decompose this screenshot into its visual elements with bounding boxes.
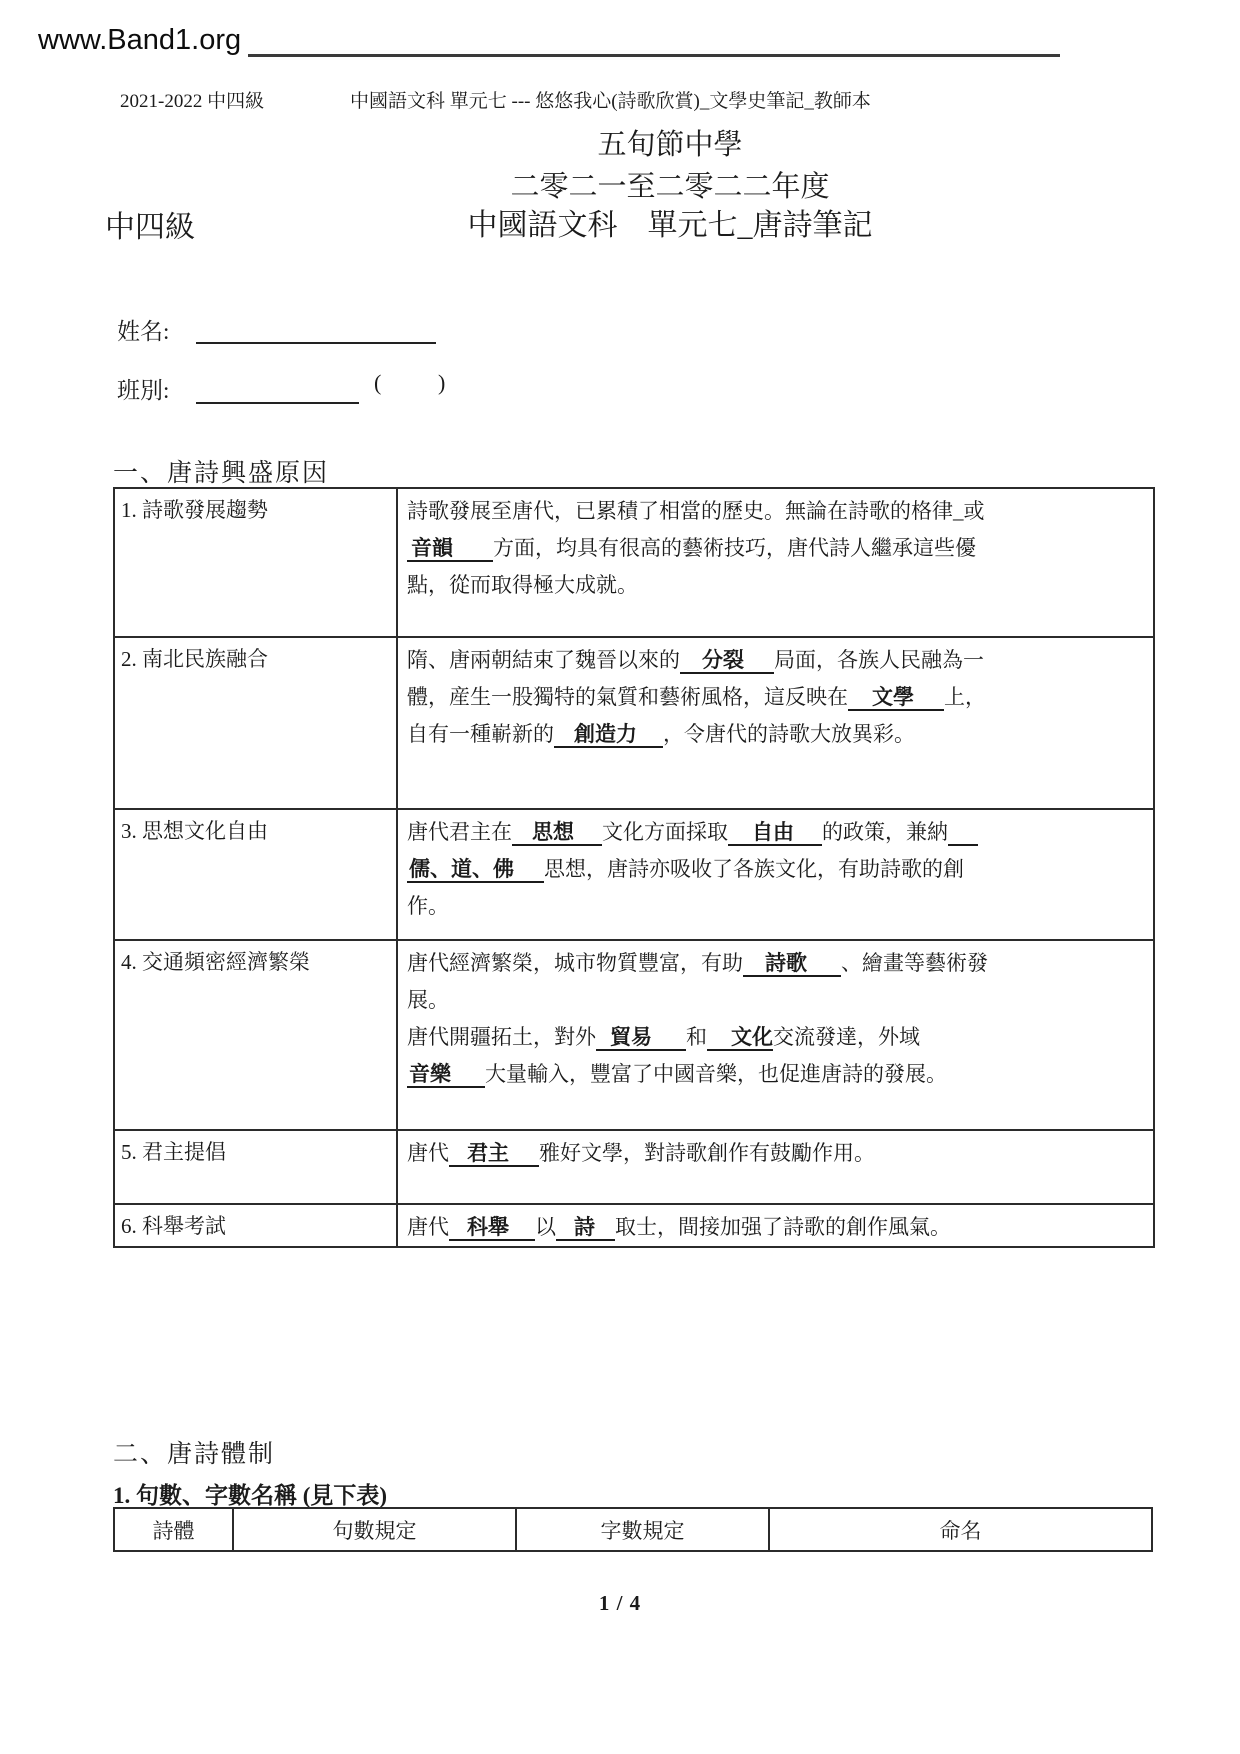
- content-text: 和: [686, 1025, 707, 1049]
- header-rule: [248, 54, 1060, 57]
- reason-row: 2. 南北民族融合隋、唐兩朝結束了魏晉以來的分裂局面，各族人民融為一體，産生一股…: [114, 637, 1154, 809]
- answer-blank: 音樂: [407, 1062, 485, 1088]
- reason-content: 唐代科舉以詩取士，間接加强了詩歌的創作風氣。: [397, 1204, 1154, 1247]
- reasons-table-body: 1. 詩歌發展趨勢詩歌發展至唐代，已累積了相當的歷史。無論在詩歌的格律_或音韻方…: [114, 488, 1154, 1247]
- page-number: 1 / 4: [0, 1591, 1240, 1616]
- answer-blank: 君主: [449, 1141, 539, 1167]
- reason-row: 6. 科舉考試唐代科舉以詩取士，間接加强了詩歌的創作風氣。: [114, 1204, 1154, 1247]
- content-text: 、繪畫等藝術發: [841, 951, 988, 975]
- reason-content: 唐代君主在思想文化方面採取自由的政策，兼納儒、道、佛思想，唐詩亦吸收了各族文化，…: [397, 809, 1154, 940]
- content-text: 思想，唐詩亦吸收了各族文化，有助詩歌的創: [544, 857, 964, 881]
- content-text: 體，産生一股獨特的氣質和藝術風格，這反映在: [407, 685, 848, 709]
- poem-form-column-header: 詩體: [114, 1508, 233, 1551]
- section1-heading: 一、唐詩興盛原因: [113, 453, 329, 489]
- content-text: 文化方面採取: [602, 820, 728, 844]
- answer-blank: 思想: [512, 820, 602, 846]
- answer-blank: 自由: [728, 820, 822, 846]
- document-title: 中國語文科 單元七_唐詩筆記: [150, 200, 1190, 244]
- content-text: 唐代: [407, 1215, 449, 1239]
- poem-form-column-header: 句數規定: [233, 1508, 516, 1551]
- content-text: ，令唐代的詩歌大放異彩。: [663, 722, 915, 746]
- content-text: 取士，間接加强了詩歌的創作風氣。: [615, 1215, 951, 1239]
- academic-year: 二零二一至二零二二年度: [150, 164, 1190, 205]
- class-label: 班別:: [117, 372, 169, 405]
- content-text: 詩歌發展至唐代，已累積了相當的歷史。無論在詩歌的格律_或: [407, 499, 985, 523]
- poem-form-table: 詩體句數規定字數規定命名: [113, 1507, 1153, 1552]
- content-text: 唐代經濟繁榮，城市物質豐富，有助: [407, 951, 743, 975]
- content-text: 作。: [407, 894, 449, 918]
- poem-form-column-header: 命名: [769, 1508, 1152, 1551]
- reason-content: 唐代君主雅好文學，對詩歌創作有鼓勵作用。: [397, 1130, 1154, 1204]
- school-name: 五旬節中學: [150, 122, 1190, 163]
- class-number-paren-open: (: [374, 370, 381, 396]
- reason-label: 5. 君主提倡: [114, 1130, 397, 1204]
- answer-blank: 創造力: [554, 722, 663, 748]
- brand-link[interactable]: www.Band1.org: [38, 24, 241, 57]
- section2-subheading: 1. 句數、字數名稱 (見下表): [113, 1477, 387, 1510]
- answer-blank: 文化: [707, 1025, 773, 1051]
- reason-content: 詩歌發展至唐代，已累積了相當的歷史。無論在詩歌的格律_或音韻方面，均具有很高的藝…: [397, 488, 1154, 637]
- worksheet-page: www.Band1.org 2021-2022 中四級 中國語文科 單元七 --…: [0, 0, 1240, 1754]
- content-text: 隋、唐兩朝結束了魏晉以來的: [407, 648, 680, 672]
- content-text: 唐代君主在: [407, 820, 512, 844]
- answer-blank: 音韻: [407, 536, 493, 562]
- answer-blank: 分裂: [680, 648, 774, 674]
- content-text: 局面，各族人民融為一: [774, 648, 984, 672]
- poem-form-header-row: 詩體句數規定字數規定命名: [114, 1508, 1152, 1551]
- content-text: 以: [535, 1215, 556, 1239]
- answer-blank: 儒、道、佛: [407, 857, 544, 883]
- content-text: 方面，均具有很高的藝術技巧，唐代詩人繼承這些優: [493, 536, 976, 560]
- content-text: 展。: [407, 988, 449, 1012]
- content-text: 唐代開疆拓土，對外: [407, 1025, 596, 1049]
- reason-row: 3. 思想文化自由唐代君主在思想文化方面採取自由的政策，兼納儒、道、佛思想，唐詩…: [114, 809, 1154, 940]
- reason-label: 1. 詩歌發展趨勢: [114, 488, 397, 637]
- content-text: 交流發達，外域: [773, 1025, 920, 1049]
- class-blank-line: [196, 378, 359, 404]
- answer-blank: 詩: [556, 1215, 615, 1241]
- content-text: 大量輸入，豐富了中國音樂，也促進唐詩的發展。: [485, 1062, 947, 1086]
- reason-row: 4. 交通頻密經濟繁榮唐代經濟繁榮，城市物質豐富，有助詩歌、繪畫等藝術發展。唐代…: [114, 940, 1154, 1130]
- reasons-table: 1. 詩歌發展趨勢詩歌發展至唐代，已累積了相當的歷史。無論在詩歌的格律_或音韻方…: [113, 487, 1155, 1248]
- content-text: 的政策，兼納: [822, 820, 948, 844]
- answer-blank: 詩歌: [743, 951, 841, 977]
- reason-label: 3. 思想文化自由: [114, 809, 397, 940]
- meta-year-grade: 2021-2022 中四級: [120, 86, 264, 113]
- answer-blank: [948, 820, 978, 846]
- meta-subject-line: 中國語文科 單元七 --- 悠悠我心(詩歌欣賞)_文學史筆記_教師本: [350, 86, 871, 113]
- answer-blank: 文學: [848, 685, 944, 711]
- content-text: 上，: [944, 685, 986, 709]
- name-blank-line: [196, 318, 436, 344]
- content-text: 雅好文學，對詩歌創作有鼓勵作用。: [539, 1141, 875, 1165]
- section2-heading: 二、唐詩體制: [113, 1434, 275, 1470]
- reason-label: 6. 科舉考試: [114, 1204, 397, 1247]
- reason-content: 唐代經濟繁榮，城市物質豐富，有助詩歌、繪畫等藝術發展。唐代開疆拓土，對外貿易和文…: [397, 940, 1154, 1130]
- reason-label: 4. 交通頻密經濟繁榮: [114, 940, 397, 1130]
- answer-blank: 貿易: [596, 1025, 686, 1051]
- reason-row: 1. 詩歌發展趨勢詩歌發展至唐代，已累積了相當的歷史。無論在詩歌的格律_或音韻方…: [114, 488, 1154, 637]
- content-text: 唐代: [407, 1141, 449, 1165]
- name-label: 姓名:: [117, 313, 169, 346]
- content-text: 點，從而取得極大成就。: [407, 573, 638, 597]
- reason-content: 隋、唐兩朝結束了魏晉以來的分裂局面，各族人民融為一體，産生一股獨特的氣質和藝術風…: [397, 637, 1154, 809]
- poem-form-column-header: 字數規定: [516, 1508, 769, 1551]
- answer-blank: 科舉: [449, 1215, 535, 1241]
- class-number-paren-close: ): [438, 370, 445, 396]
- content-text: 自有一種嶄新的: [407, 722, 554, 746]
- reason-row: 5. 君主提倡唐代君主雅好文學，對詩歌創作有鼓勵作用。: [114, 1130, 1154, 1204]
- reason-label: 2. 南北民族融合: [114, 637, 397, 809]
